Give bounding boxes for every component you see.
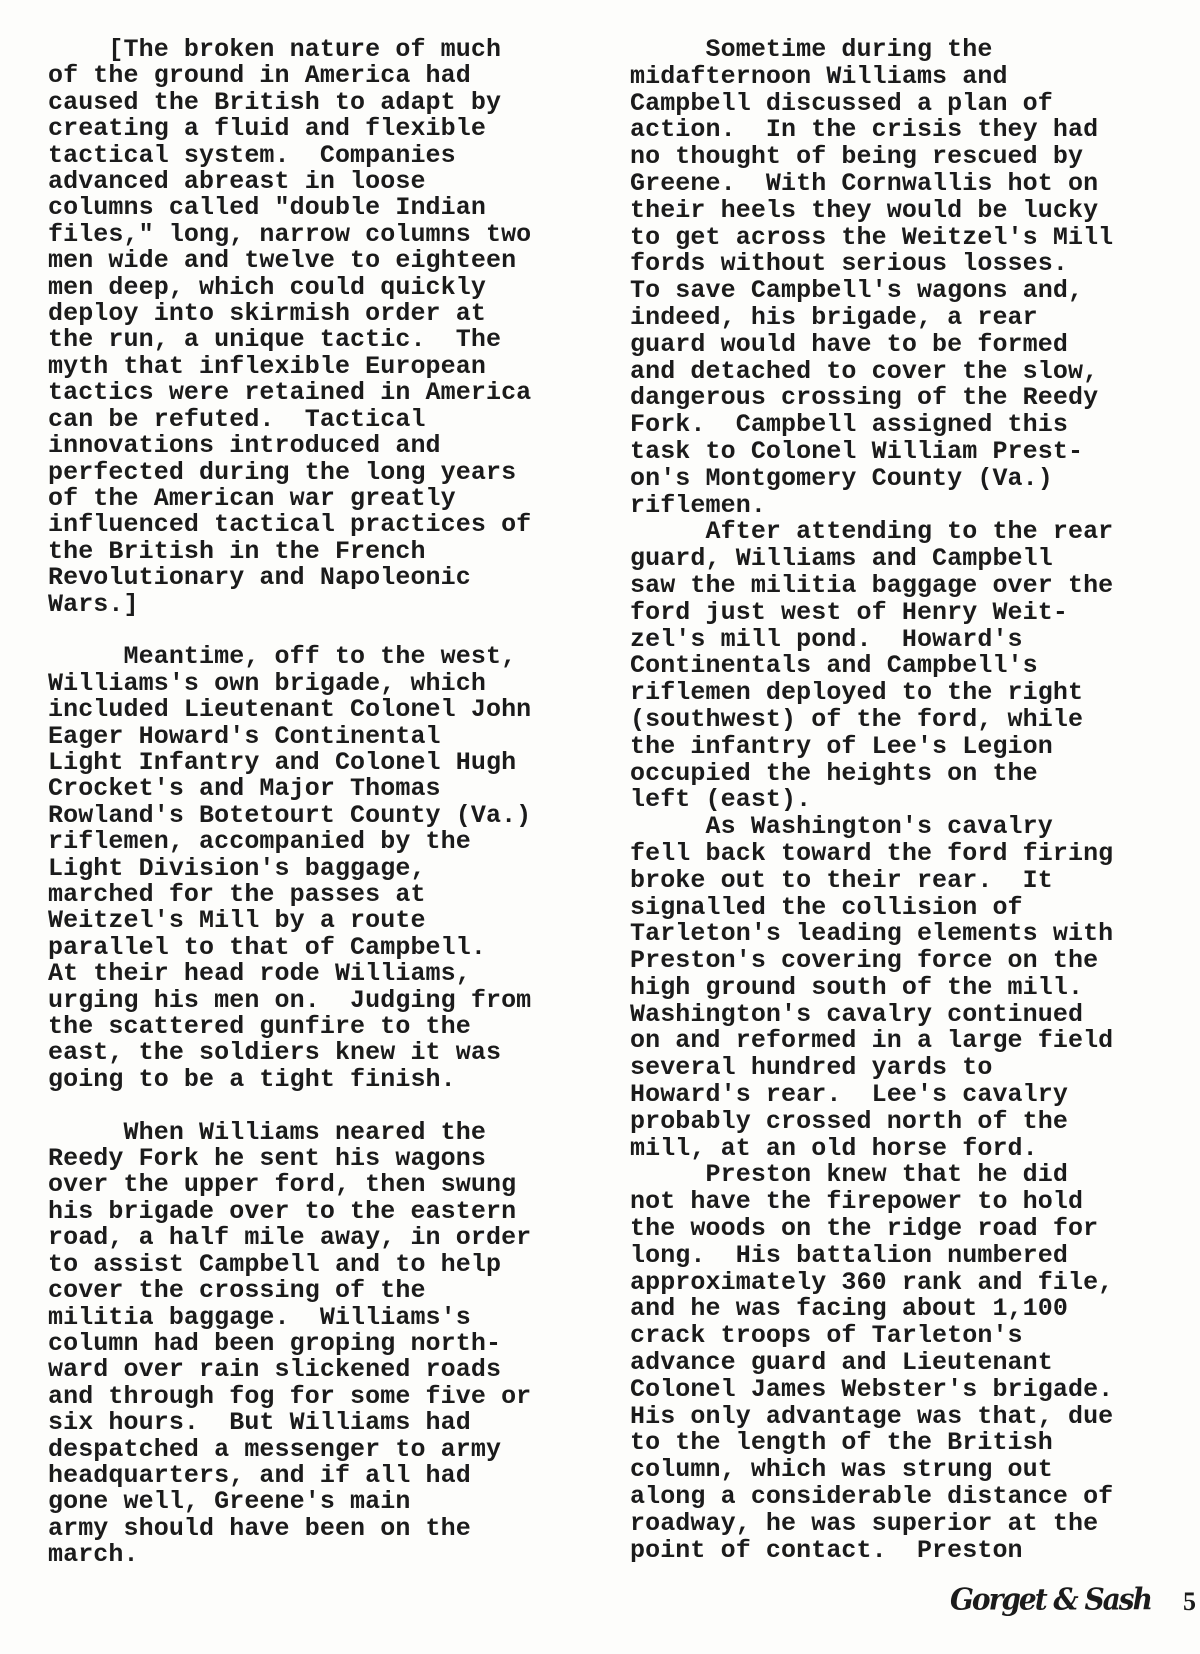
gorget-and-sash-logo: Gorget & Sash [950,1581,1151,1617]
left-text-column: [The broken nature of much of the ground… [48,37,531,1569]
page-footer: Gorget & Sash 5 [950,1584,1196,1617]
right-text-column: Sometime during the midafternoon William… [630,37,1113,1564]
scanned-newsletter-page: [The broken nature of much of the ground… [0,0,1200,1654]
page-number: 5 [1183,1587,1196,1617]
